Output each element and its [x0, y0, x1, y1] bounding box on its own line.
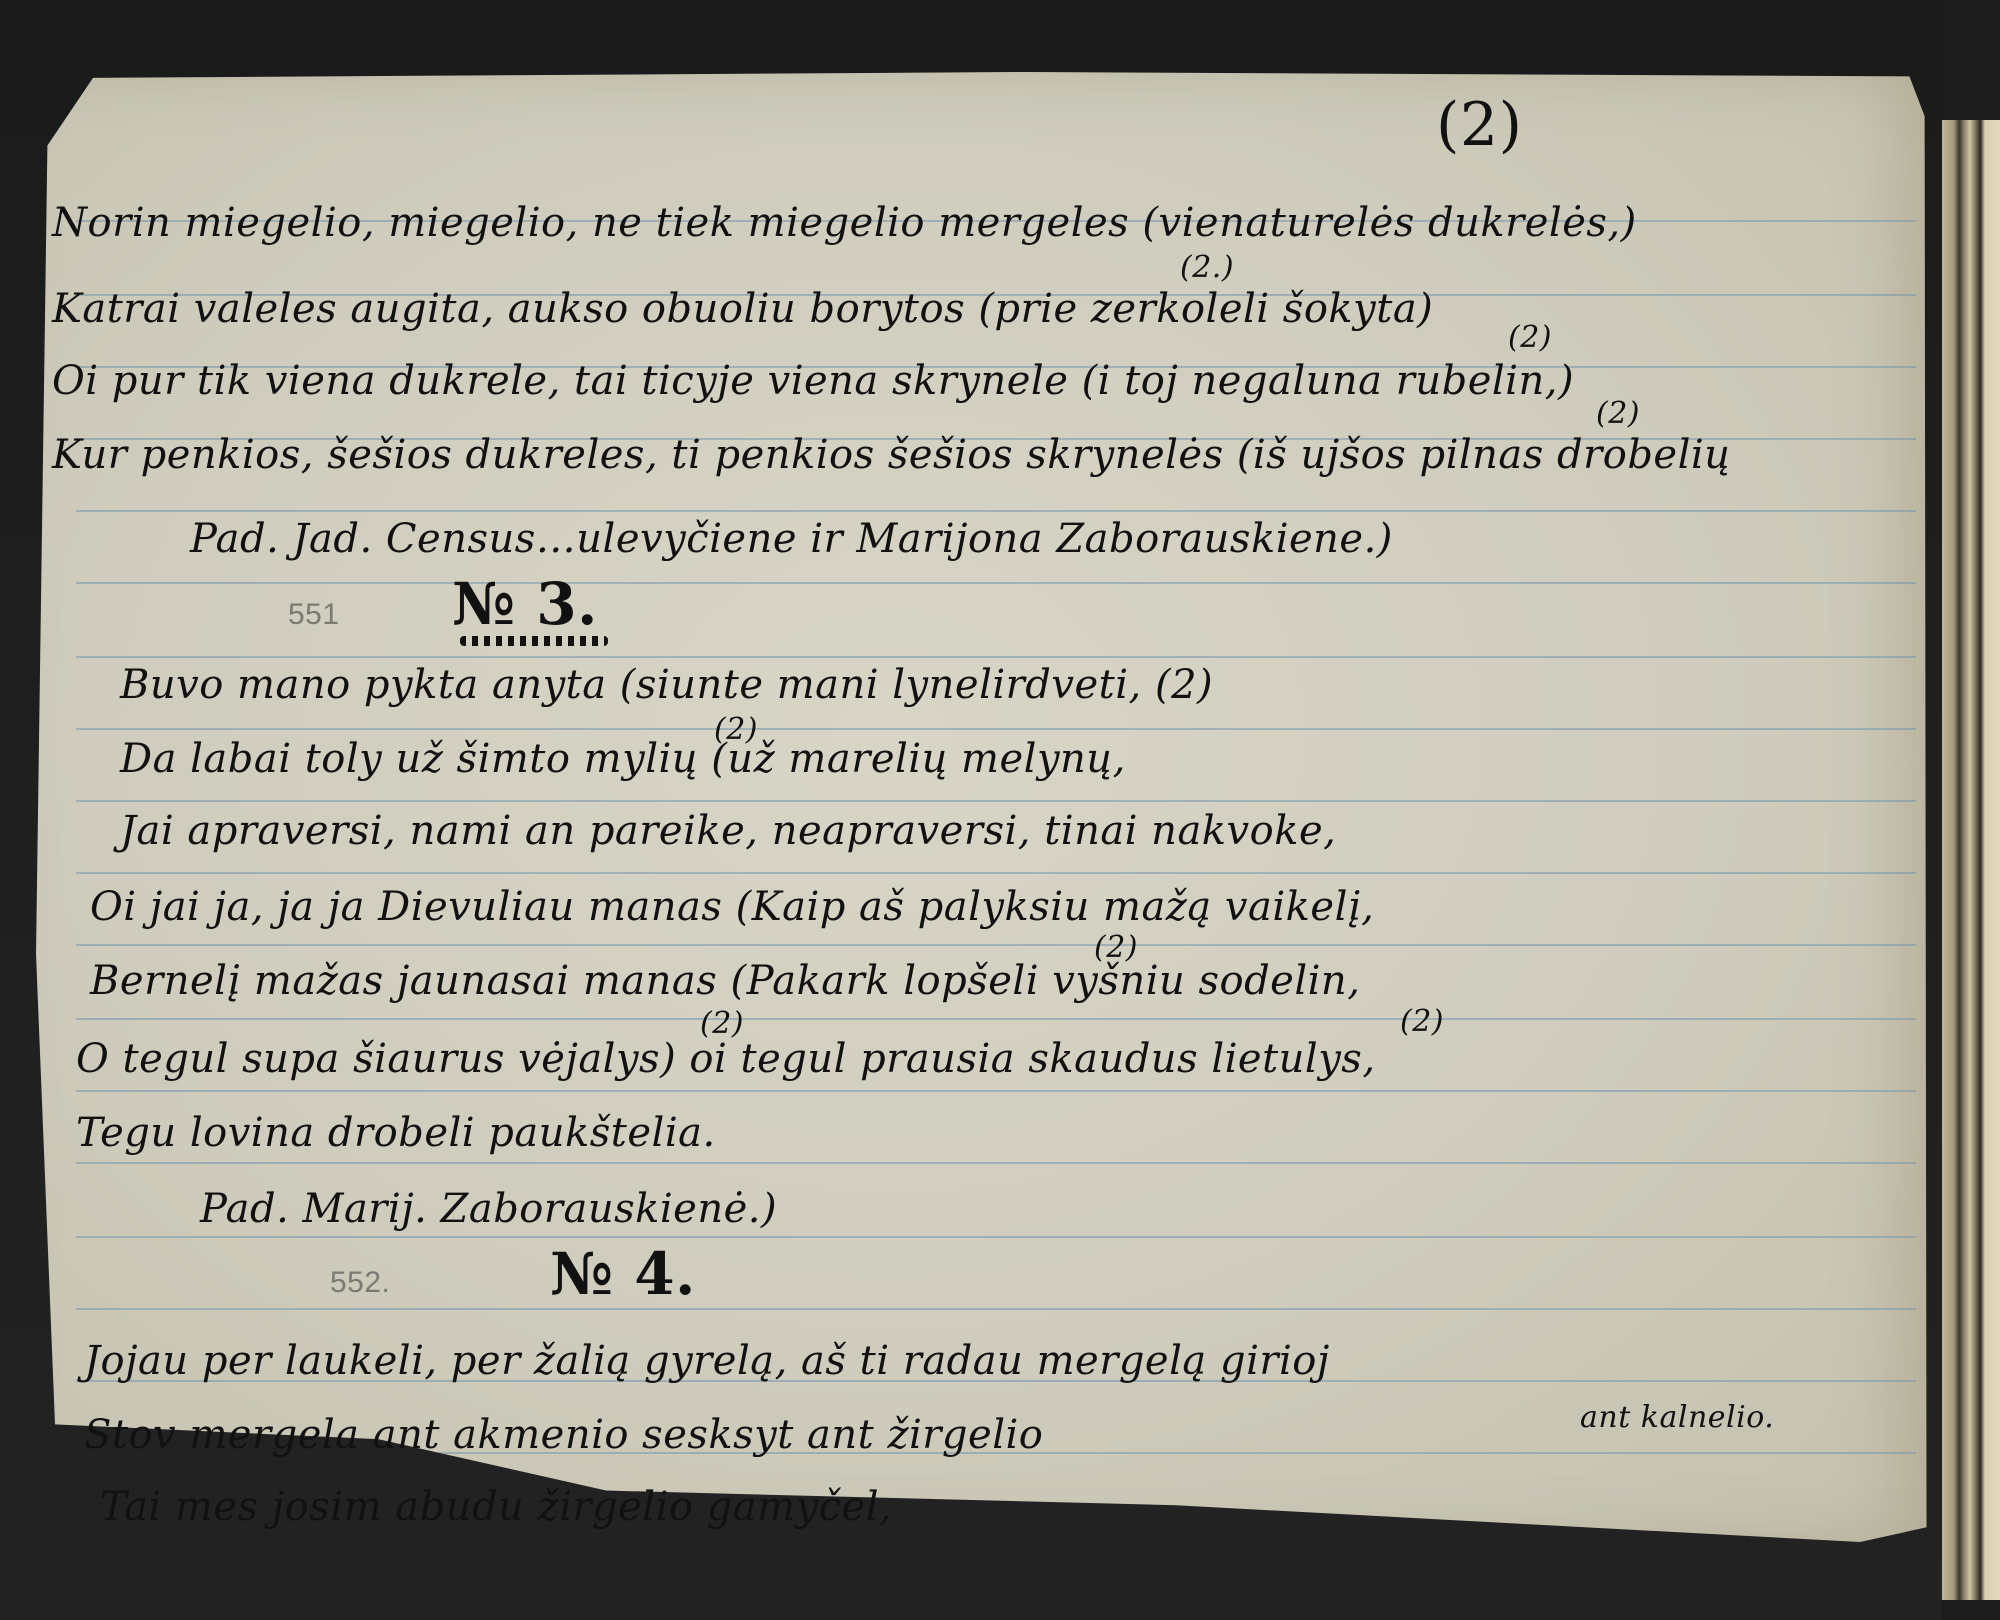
ruled-line	[76, 1236, 1916, 1238]
ruled-line	[76, 656, 1916, 658]
song2-line-1: Norin miegelio, miegelio, ne tiek miegel…	[52, 200, 1637, 246]
ruled-line	[76, 1018, 1916, 1020]
song4-heading: № 4.	[550, 1240, 696, 1308]
repeat-mark: (2)	[1596, 396, 1640, 431]
song3-line-1: Buvo mano pykta anyta (siunte mani lynel…	[120, 662, 1213, 708]
song3-line-6: O tegul supa šiaurus vėjalys) oi tegul p…	[76, 1036, 1376, 1082]
notebook-binding-edge	[1942, 0, 2000, 1620]
ruled-line	[76, 728, 1916, 730]
repeat-mark: (2)	[1400, 1004, 1444, 1039]
ruled-line	[76, 510, 1916, 512]
ruled-line	[76, 1162, 1916, 1164]
song4-line-3: Tai mes josim abudu žirgelio gamyčel,	[100, 1484, 892, 1530]
song3-heading: № 3.	[452, 570, 598, 638]
song2-line-4: Kur penkios, šešios dukreles, ti penkios…	[52, 432, 1730, 478]
song4-line-2: Stov mergela ant akmenio sesksyt ant žir…	[84, 1412, 1043, 1458]
song3-line-4: Oi jai ja, ja ja Dievuliau manas (Kaip a…	[90, 884, 1374, 930]
song3-line-7: Tegu lovina drobeli paukštelia.	[76, 1110, 716, 1156]
binding-shadow-top	[1942, 0, 2000, 120]
song3-line-5: Bernelį mažas jaunasai manas (Pakark lop…	[90, 958, 1360, 1004]
song2-line-2: Katrai valeles augita, aukso obuoliu bor…	[52, 286, 1433, 332]
ruled-line	[76, 1090, 1916, 1092]
page-marker: (2)	[1436, 90, 1523, 160]
song4-line-1: Jojau per laukeli, per žalią gyrelą, aš …	[84, 1338, 1330, 1384]
margin-insert: ant kalnelio.	[1580, 1400, 1774, 1435]
binding-shadow-bottom	[1942, 1600, 2000, 1620]
ruled-line	[76, 944, 1916, 946]
song3-line-3: Jai apraversi, nami an pareike, neaprave…	[120, 808, 1336, 854]
ruled-line	[76, 872, 1916, 874]
repeat-mark: (2)	[1508, 320, 1552, 355]
archive-number: 551	[288, 598, 340, 632]
ruled-line	[76, 800, 1916, 802]
ruled-line	[76, 1308, 1916, 1310]
song2-attribution: Pad. Jad. Census…ulevyčiene ir Marijona …	[190, 516, 1393, 562]
heading-underline	[460, 636, 608, 646]
song2-line-3: Oi pur tik viena dukrele, tai ticyje vie…	[52, 358, 1574, 404]
repeat-mark: (2.)	[1180, 250, 1234, 285]
ruled-line	[76, 582, 1916, 584]
song3-line-2: Da labai toly už šimto mylių (už marelių…	[120, 736, 1126, 782]
song3-attribution: Pad. Marij. Zaborauskienė.)	[200, 1186, 777, 1232]
archive-number: 552.	[330, 1266, 390, 1300]
